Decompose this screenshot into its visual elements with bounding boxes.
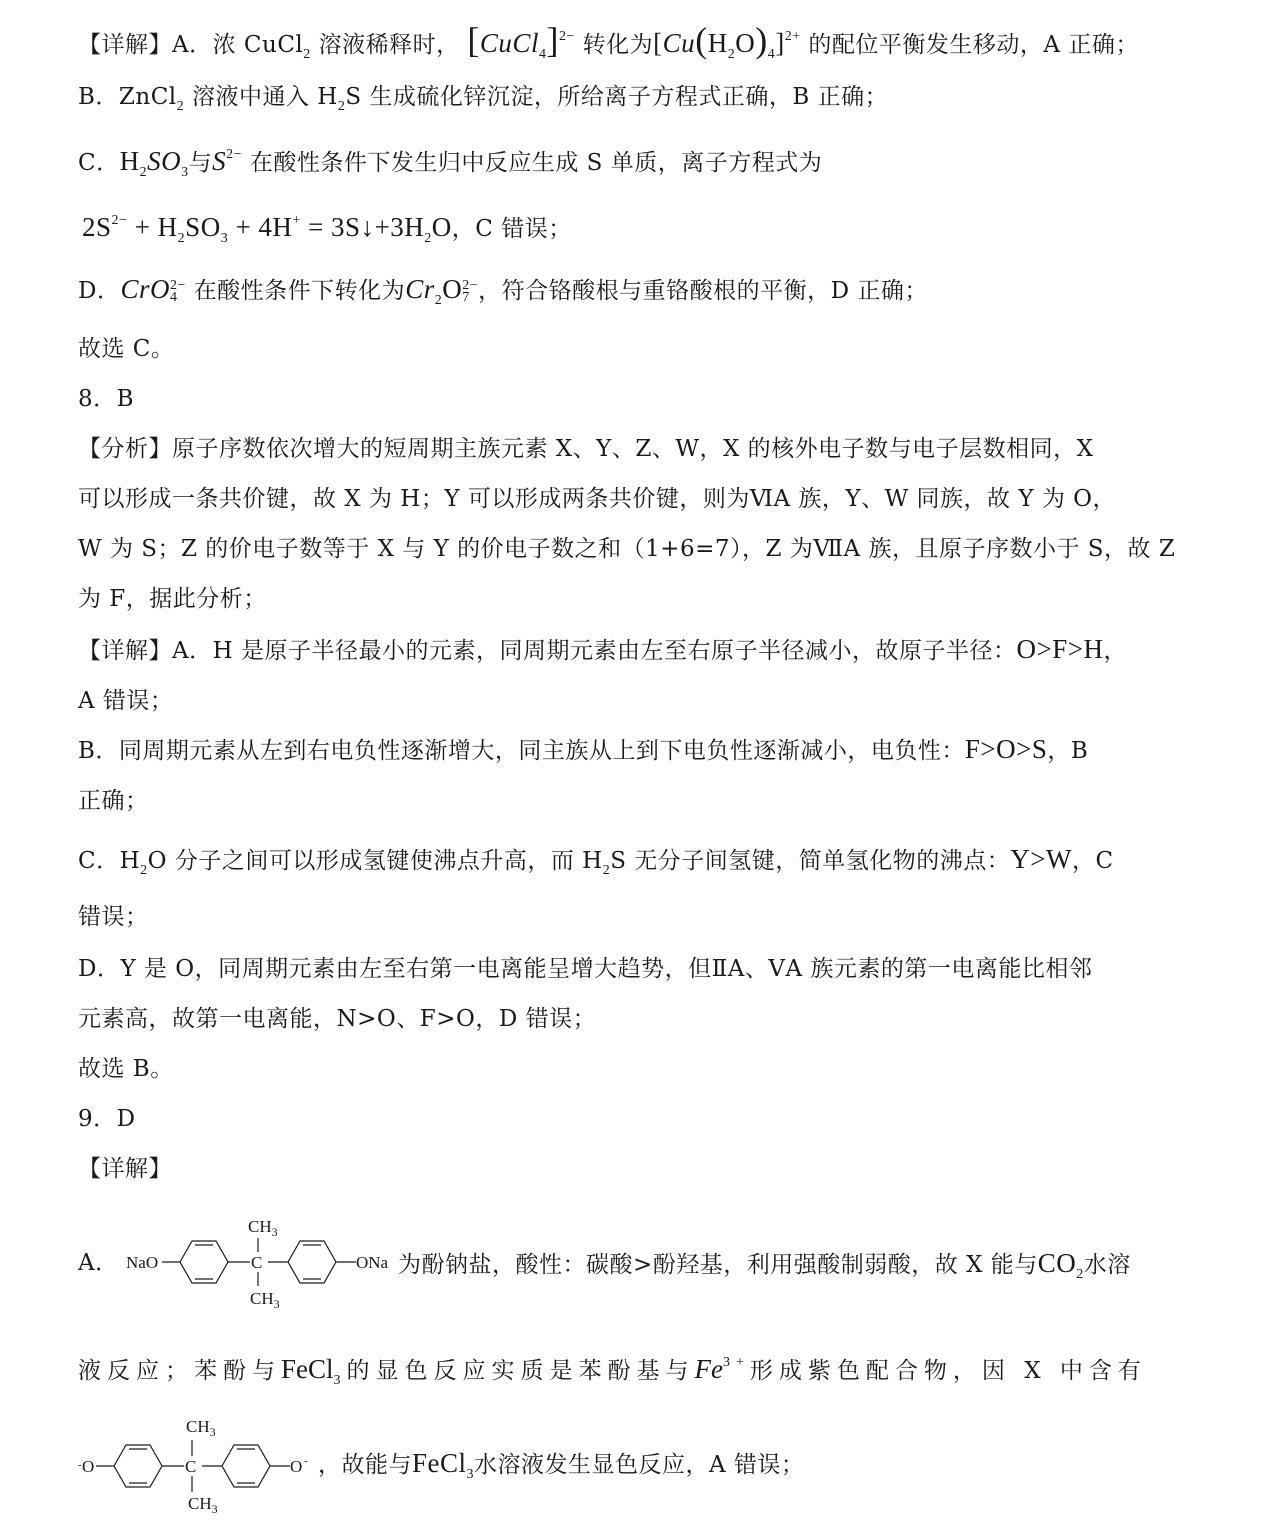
text: 在酸性条件下发生归中反应生成 S 单质，离子方程式为 — [242, 150, 822, 176]
text: B．同周期元素从左到右电负性逐渐增大，同主族从上到下电负性逐渐减小，电负性： — [78, 738, 965, 764]
q8-detail-d: D．Y 是 O，同周期元素由左至右第一电离能呈增大趋势，但ⅡA、ⅤA 族元素的第… — [78, 954, 1092, 984]
q7-detail-b: B．ZnCl2 溶液中通入 H2S 生成硫化锌沉淀，所给离子方程式正确，B 正确… — [78, 82, 888, 122]
script-stack: 2−4 — [170, 280, 186, 304]
q8-analysis-line: 【分析】原子序数依次增大的短周期主族元素 X、Y、Z、W，X 的核外电子数与电子… — [78, 434, 1094, 464]
charge: - — [304, 1455, 308, 1467]
script-stack: 2−7 — [462, 280, 478, 304]
text: 与 — [189, 150, 213, 176]
formula: CrO — [120, 274, 170, 304]
formula: H — [120, 146, 140, 176]
charge: 2− — [226, 147, 242, 162]
text: 水溶液发生显色反应，A 错误； — [474, 1452, 804, 1478]
formula: FeCl — [412, 1448, 467, 1478]
subscript: 2 — [424, 231, 432, 246]
text: S 无分子间氢键，简单氢化物的沸点： — [610, 848, 1010, 874]
q7-detail-d: D．CrO2−4 在酸性条件下转化为Cr2O2−7，符合铬酸根与重铬酸根的平衡，… — [78, 274, 928, 316]
formula: F>O>S — [965, 734, 1048, 764]
subscript: 3 — [334, 1373, 347, 1388]
q8-analysis-line: 为 F，据此分析； — [78, 584, 267, 614]
formula: CuCl — [480, 28, 539, 58]
q8-detail-b-cont: 正确； — [78, 786, 149, 816]
text: 【详解】A．H 是原子半径最小的元素，同周期元素由左至右原子半径减小，故原子半径… — [78, 638, 1016, 664]
q8-answer: 8．B — [78, 384, 134, 414]
bottom-methyl: CH3 — [250, 1289, 280, 1310]
text: O 分子之间可以形成氢键使沸点升高，而 H — [148, 848, 603, 874]
subscript: 7 — [462, 292, 478, 304]
formula: O — [442, 274, 462, 304]
formula: SO — [185, 212, 221, 242]
q7-detail-c: C．H2SO3与S2− 在酸性条件下发生归中反应生成 S 单质，离子方程式为 — [78, 140, 822, 188]
formula: O — [432, 212, 452, 242]
bracket: ] — [546, 20, 559, 60]
q9-a-text2: 液反应；苯酚与FeCl3的显色反应实质是苯酚基与Fe3+形成紫色配合物，因 X … — [78, 1348, 1147, 1396]
q8-analysis-line: W 为 S；Z 的价电子数等于 X 与 Y 的价电子数之和（1+6=7），Z 为… — [78, 534, 1175, 564]
formula: FeCl — [281, 1354, 334, 1384]
formula: S — [212, 146, 226, 176]
top-methyl: CH3 — [248, 1217, 278, 1239]
formula: O — [735, 28, 755, 58]
bottom-methyl: CH3 — [188, 1494, 218, 1515]
center-carbon: C — [185, 1457, 196, 1476]
text: ，故能与 — [318, 1452, 412, 1478]
q9-a-prefix: A． — [78, 1248, 119, 1278]
text: 的显色反应实质是苯酚基与 — [347, 1358, 695, 1384]
top-methyl: CH3 — [186, 1417, 216, 1439]
bracket: [ — [467, 20, 480, 60]
formula: H — [708, 28, 728, 58]
bracket: [ — [653, 28, 663, 58]
text: C． — [78, 150, 120, 176]
text: 水溶 — [1084, 1252, 1131, 1278]
paren: ) — [755, 20, 768, 60]
text: C．H — [78, 848, 140, 874]
q8-detail-c-cont: 错误； — [78, 902, 149, 932]
bisphenolate-structure: - O C CH3 CH3 O - — [78, 1410, 328, 1515]
text: 溶液稀释时， — [311, 32, 460, 58]
q7-conclusion: 故选 C。 — [78, 334, 174, 364]
right-group: ONa — [356, 1253, 389, 1272]
text: ，C 错误； — [452, 216, 572, 242]
bisphenol-sodium-structure: NaO C CH3 CH3 ONa — [120, 1210, 400, 1310]
subscript: 2 — [140, 165, 148, 180]
text: S 生成硫化锌沉淀，所给离子方程式正确，B 正确； — [345, 84, 888, 110]
formula: CO — [1038, 1248, 1077, 1278]
formula: Fe — [695, 1354, 723, 1384]
charge: 2− — [559, 29, 575, 44]
text: B．ZnCl — [78, 84, 177, 110]
bracket: ] — [775, 28, 785, 58]
formula: + 4H — [228, 212, 292, 242]
center-carbon: C — [251, 1253, 262, 1272]
q8-detail-b: B．同周期元素从左到右电负性逐渐增大，同主族从上到下电负性逐渐减小，电负性：F>… — [78, 734, 1088, 766]
charge: 3+ — [723, 1355, 750, 1370]
q8-detail-d-cont: 元素高，故第一电离能，N>O、F>O，D 错误； — [78, 1004, 596, 1034]
text: ， — [1103, 638, 1127, 664]
formula: Y>W — [1010, 844, 1072, 874]
formula: Cr — [405, 274, 435, 304]
formula: O>F>H — [1016, 634, 1103, 664]
text: 转化为 — [575, 32, 653, 58]
detail-label: 【详解】 — [78, 32, 172, 58]
text: 液反应；苯酚与 — [78, 1358, 281, 1384]
q9-a-text3: ，故能与FeCl3水溶液发生显色反应，A 错误； — [318, 1448, 804, 1490]
text: ，C — [1072, 848, 1114, 874]
formula: 2S — [82, 212, 112, 242]
subscript: 3 — [181, 165, 189, 180]
charge: + — [292, 213, 300, 228]
left-oxygen: O — [82, 1457, 94, 1476]
text: 溶液中通入 H — [184, 84, 338, 110]
subscript: 3 — [467, 1467, 475, 1482]
text: D． — [78, 278, 120, 304]
q9-detail-label: 【详解】 — [78, 1154, 172, 1184]
text: 形成紫色配合物，因 X 中含有 — [750, 1358, 1147, 1384]
formula: SO — [147, 146, 181, 176]
text: 在酸性条件下转化为 — [186, 278, 405, 304]
q8-detail-c: C．H2O 分子之间可以形成氢键使沸点升高，而 H2S 无分子间氢键，简单氢化物… — [78, 844, 1114, 886]
subscript: 2 — [140, 863, 148, 878]
q7-equation: 2S2− + H2SO3 + 4H+ = 3S↓+3H2O，C 错误； — [82, 206, 572, 254]
text: 的配位平衡发生移动，A 正确； — [801, 32, 1139, 58]
text: ，B — [1047, 738, 1088, 764]
charge: 2− — [112, 213, 128, 228]
formula: = 3S↓+3H — [301, 212, 424, 242]
q9-a-text1: 为酚钠盐，酸性：碳酸>酚羟基，利用强酸制弱酸，故 X 能与CO2水溶 — [398, 1248, 1131, 1290]
q9-answer: 9．D — [78, 1104, 136, 1134]
text: 为酚钠盐，酸性：碳酸>酚羟基，利用强酸制弱酸，故 X 能与 — [398, 1252, 1038, 1278]
right-oxygen: O — [290, 1457, 302, 1476]
paren: ( — [695, 20, 708, 60]
formula: + H — [127, 212, 177, 242]
q8-detail-a-cont: A 错误； — [78, 686, 173, 716]
subscript: 4 — [170, 292, 186, 304]
charge: 2+ — [785, 29, 801, 44]
q8-detail-a: 【详解】A．H 是原子半径最小的元素，同周期元素由左至右原子半径减小，故原子半径… — [78, 634, 1127, 666]
subscript: 2 — [1076, 1267, 1084, 1282]
q8-conclusion: 故选 B。 — [78, 1054, 174, 1084]
text: A．浓 CuCl — [172, 32, 303, 58]
subscript: 2 — [303, 47, 311, 62]
left-group: NaO — [126, 1253, 158, 1272]
formula: Cu — [663, 28, 696, 58]
q7-detail-a: 【详解】A．浓 CuCl2 溶液稀释时， [CuCl4]2− 转化为[Cu(H2… — [78, 22, 1139, 70]
text: ，符合铬酸根与重铬酸根的平衡，D 正确； — [478, 278, 928, 304]
q8-analysis-line: 可以形成一条共价键，故 X 为 H；Y 可以形成两条共价键，则为ⅥA 族，Y、W… — [78, 484, 1116, 514]
